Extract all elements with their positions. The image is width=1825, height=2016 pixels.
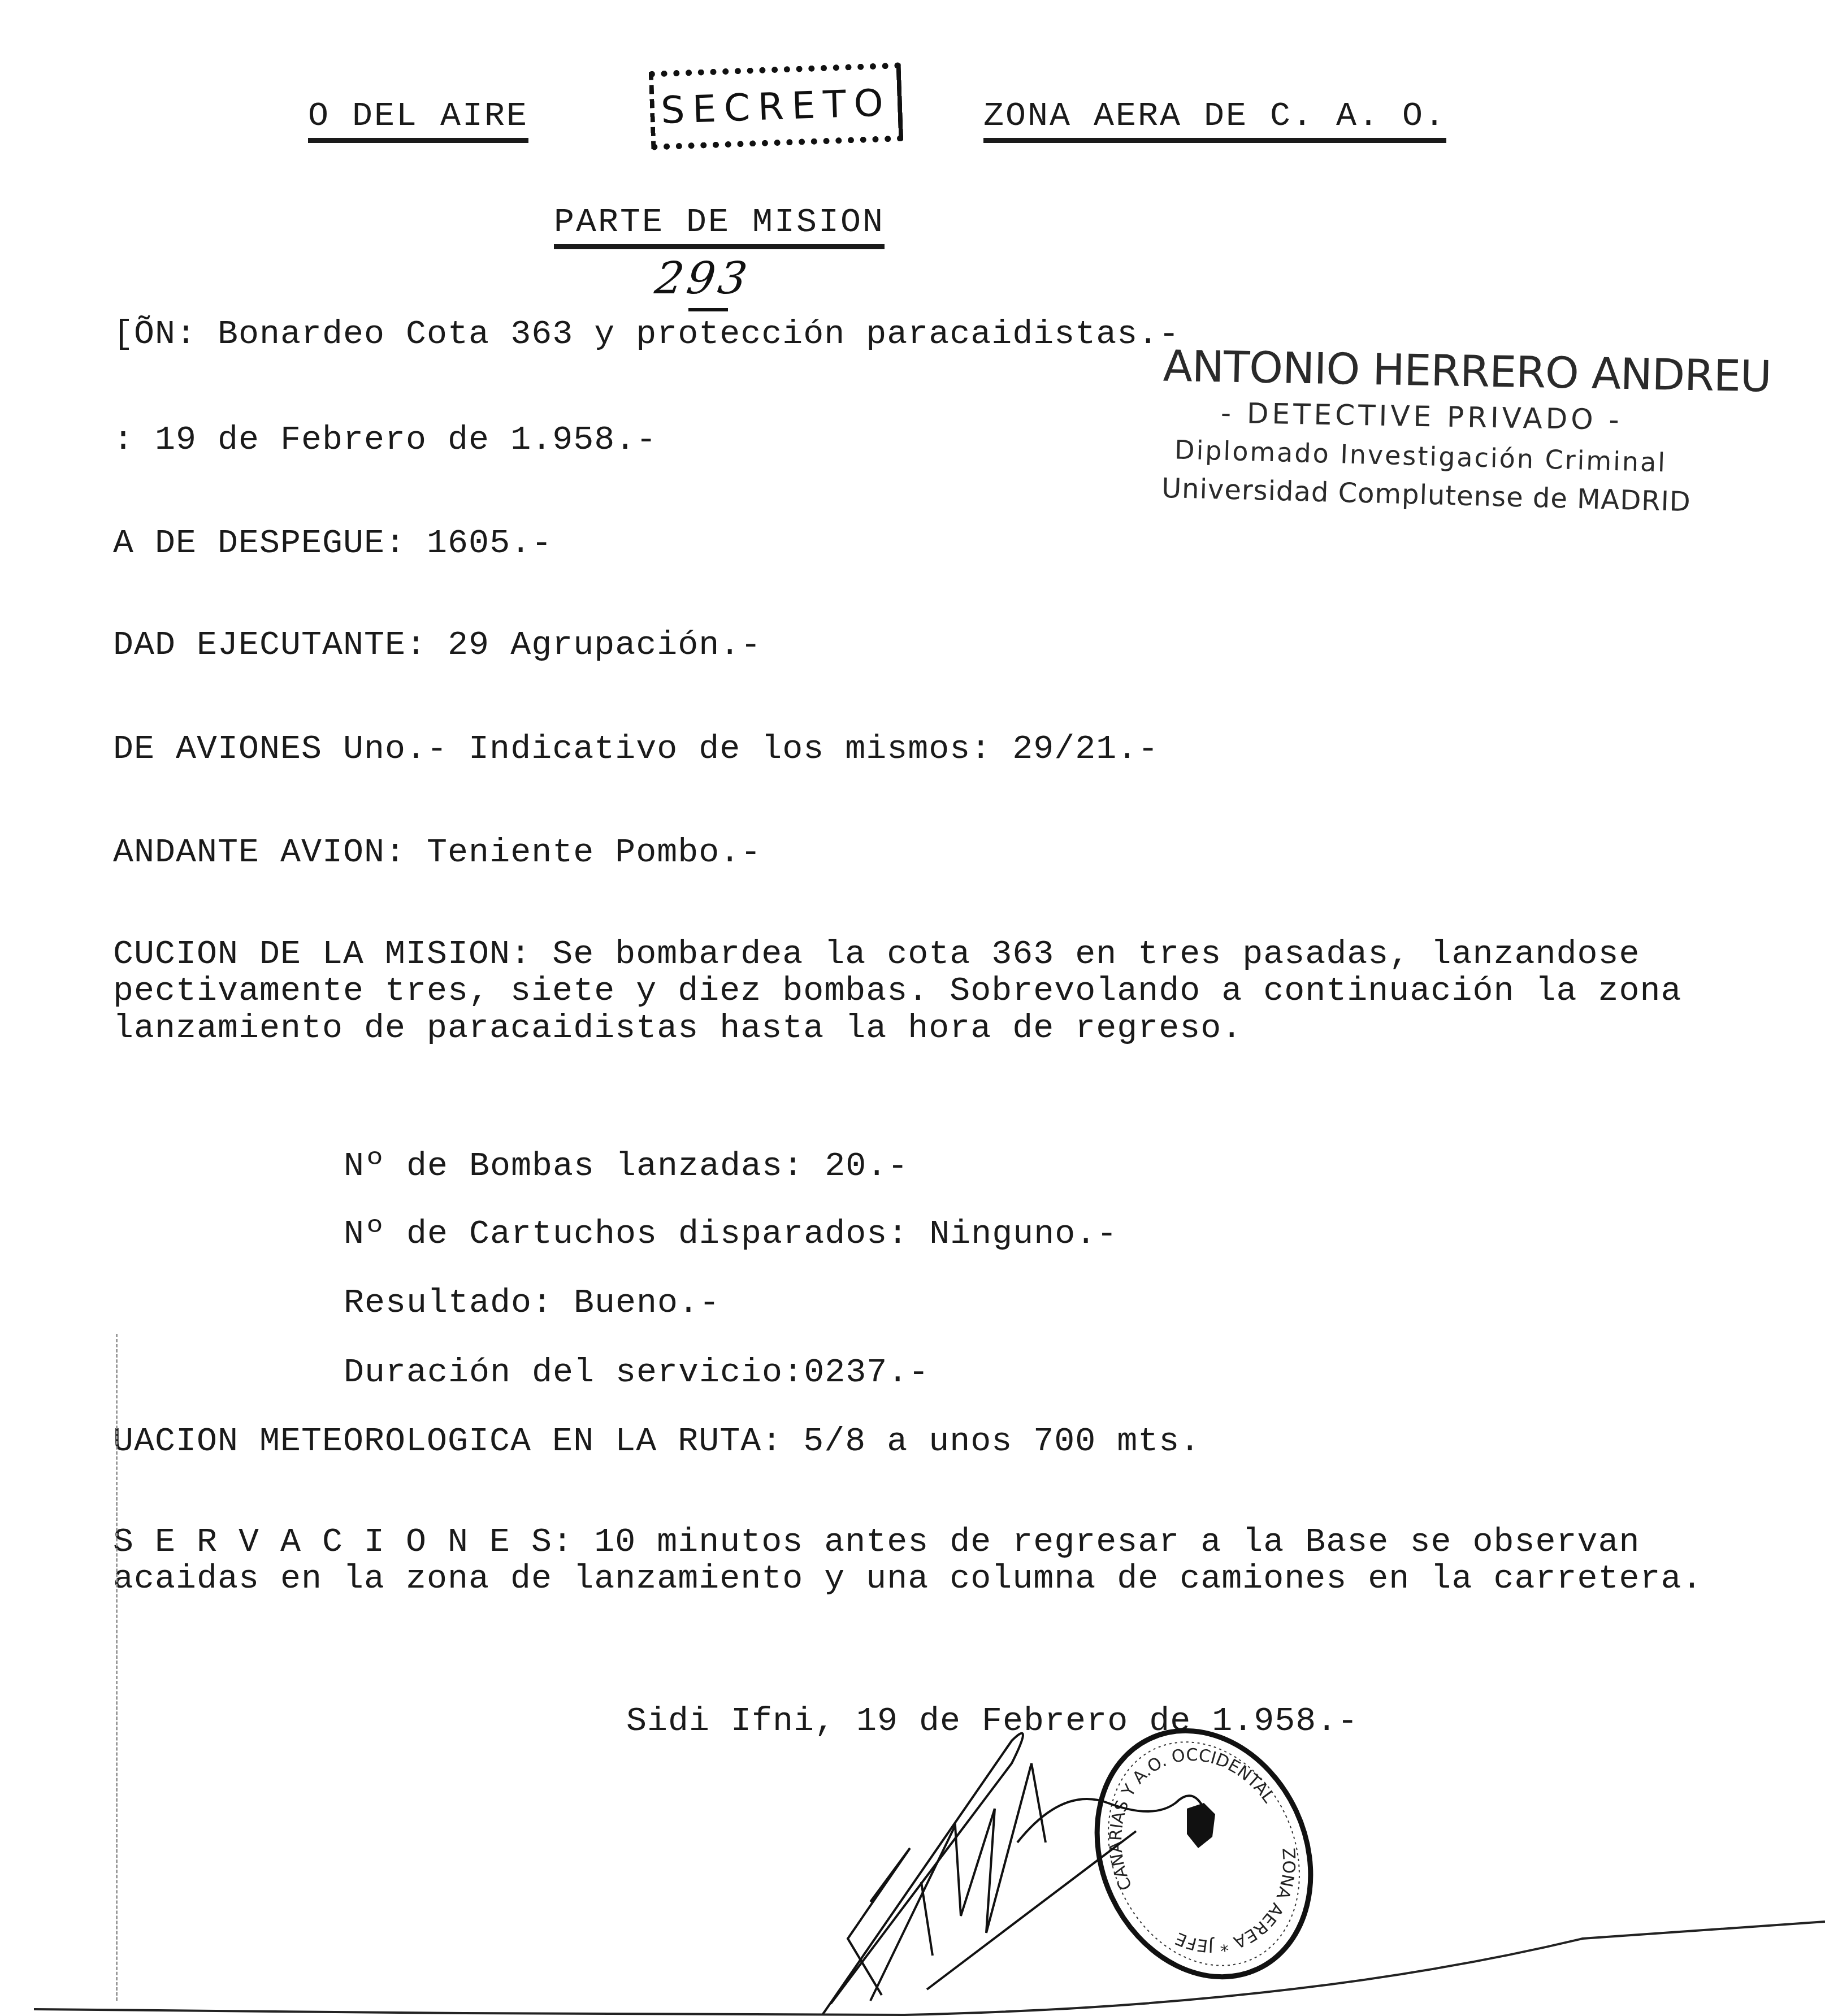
result-label: Resultado: xyxy=(344,1284,553,1323)
page-bottom-edge xyxy=(34,1922,1825,2015)
field-value: 19 de Febrero de 1.958.- xyxy=(155,421,657,459)
observations-label: S E R V A C I O N E S: xyxy=(113,1523,573,1562)
official-seal: CANARIAS Y A.O. OCCIDENTAL ZONA AEREA * … xyxy=(1063,1712,1345,1995)
header-left-org: O DEL AIRE xyxy=(308,97,528,143)
execution-line-3: lanzamiento de paracaidistas hasta la ho… xyxy=(113,1009,1242,1048)
weather-line: UACION METEOROLOGICA EN LA RUTA: 5/8 a u… xyxy=(113,1423,1200,1461)
field-takeoff-time: A DE DESPEGUE: 1605.- xyxy=(113,524,552,563)
detective-stamp-diploma: Diplomado Investigación Criminal xyxy=(1174,435,1667,478)
secreto-stamp: SECRETO xyxy=(649,62,904,150)
field-executing-unit: DAD EJECUTANTE: 29 Agrupación.- xyxy=(113,626,761,665)
seal-bottom-text: ZONA AEREA * JEFE xyxy=(1154,1841,1328,1976)
field-label: [ÕN: xyxy=(113,315,197,354)
execution-text: Se bombardea la cota 363 en tres pasadas… xyxy=(552,935,1640,974)
result-value: Bueno.- xyxy=(574,1284,720,1323)
mission-number-handwritten: 293 xyxy=(652,253,754,304)
execution-label: CUCION DE LA MISION: xyxy=(113,935,531,974)
field-aircraft-commander: ANDANTE AVION: Teniente Pombo.- xyxy=(113,834,761,872)
result-value: 20.- xyxy=(825,1147,908,1186)
field-label: DAD EJECUTANTE: xyxy=(113,626,427,665)
weather-value: 5/8 a unos 700 mts. xyxy=(803,1423,1200,1461)
observations-text: 10 minutos antes de regresar a la Base s… xyxy=(594,1523,1640,1562)
field-label: DE AVIONES xyxy=(113,730,322,769)
field-value: 29 Agrupación.- xyxy=(448,626,761,665)
result-value: 0237.- xyxy=(804,1354,929,1392)
left-margin-line xyxy=(116,1334,118,2001)
header-right-org: ZONA AERA DE C. A. O. xyxy=(983,97,1446,143)
field-mission: [ÕN: Bonardeo Cota 363 y protección para… xyxy=(113,315,1180,354)
field-value: Uno.- Indicativo de los mismos: 29/21.- xyxy=(343,730,1159,769)
weather-label: UACION METEOROLOGICA EN LA RUTA: xyxy=(113,1423,782,1461)
detective-stamp-university: Universidad Complutense de MADRID xyxy=(1161,472,1691,518)
result-duration: Duración del servicio:0237.- xyxy=(344,1354,929,1392)
observations-line-2: acaidas en la zona de lanzamiento y una … xyxy=(113,1560,1702,1598)
result-label: Nº de Cartuchos disparados: xyxy=(344,1215,908,1254)
field-value: Bonardeo Cota 363 y protección paracaidi… xyxy=(218,315,1180,354)
title-short-rule xyxy=(688,308,728,311)
result-label: Nº de Bombas lanzadas: xyxy=(344,1147,804,1186)
field-label: A DE DESPEGUE: xyxy=(113,524,406,563)
execution-line-1: CUCION DE LA MISION: Se bombardea la cot… xyxy=(113,935,1640,974)
result-bombs: Nº de Bombas lanzadas: 20.- xyxy=(344,1147,908,1186)
detective-stamp-role: - DETECTIVE PRIVADO - xyxy=(1221,397,1623,436)
field-aircraft: DE AVIONES Uno.- Indicativo de los mismo… xyxy=(113,730,1159,769)
result-outcome: Resultado: Bueno.- xyxy=(344,1284,720,1323)
result-cartridges: Nº de Cartuchos disparados: Ninguno.- xyxy=(344,1215,1117,1254)
result-value: Ninguno.- xyxy=(929,1215,1117,1254)
execution-line-2: pectivamente tres, siete y diez bombas. … xyxy=(113,972,1681,1011)
seal-emblem-icon xyxy=(1187,1803,1215,1848)
observations-line-1: S E R V A C I O N E S: 10 minutos antes … xyxy=(113,1523,1640,1562)
field-label: : xyxy=(113,421,134,459)
field-date: : 19 de Febrero de 1.958.- xyxy=(113,421,657,459)
document-page: O DEL AIRE SECRETO ZONA AERA DE C. A. O.… xyxy=(0,0,1825,2016)
field-label: ANDANTE AVION: xyxy=(113,834,406,872)
page-title: PARTE DE MISION xyxy=(554,203,885,249)
result-label: Duración del servicio: xyxy=(344,1354,804,1392)
field-value: 1605.- xyxy=(427,524,552,563)
field-value: Teniente Pombo.- xyxy=(427,834,761,872)
detective-stamp-name: ANTONIO HERRERO ANDREU xyxy=(1163,341,1771,402)
secreto-stamp-text: SECRETO xyxy=(660,80,892,132)
